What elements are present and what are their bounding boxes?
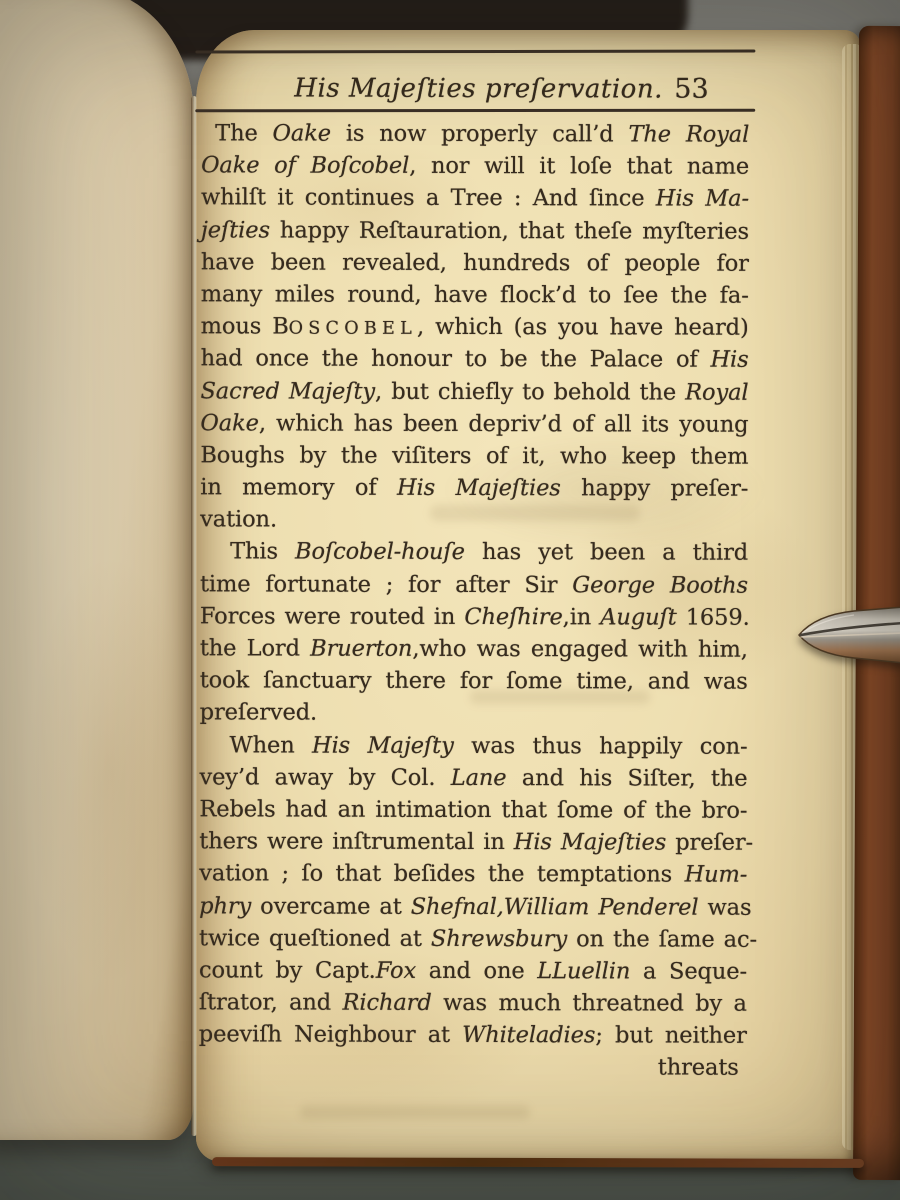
text-line: Rebels had an intimation that ſome of th… bbox=[199, 793, 747, 827]
text-line: mous BOSCOBEL, which (as you have heard) bbox=[201, 310, 749, 344]
text-line: Oake of Boſcobel, nor will it loſe that … bbox=[201, 149, 749, 183]
printed-text-block: His Majeſties preſervation. 53 The Oake … bbox=[199, 29, 750, 1140]
text-lines: The Oake is now properly call’d The Roya… bbox=[199, 117, 750, 1084]
text-line: took ſanctuary there for ſome time, and … bbox=[200, 664, 748, 698]
catchword: threats bbox=[199, 1051, 747, 1085]
header-rule-top bbox=[195, 50, 755, 54]
text-line: the Lord Bruerton,who was engaged with h… bbox=[200, 632, 748, 666]
text-line: vey’d away by Col. Lane and his Siſter, … bbox=[199, 761, 747, 795]
bottom-cover-edge bbox=[212, 1157, 864, 1168]
text-line: The Oake is now properly call’d The Roya… bbox=[201, 117, 749, 151]
gutter-page-edge bbox=[191, 96, 197, 1136]
text-line: have been revealed, hundreds of people f… bbox=[201, 246, 749, 280]
text-line: jeſties happy Reſtauration, that theſe m… bbox=[201, 214, 749, 248]
text-line: vation. bbox=[200, 504, 748, 538]
running-header: His Majeſties preſervation. bbox=[294, 74, 663, 105]
facing-page bbox=[0, 0, 194, 1140]
text-line: Sacred Majeſty, but chiefly to behold th… bbox=[200, 375, 748, 409]
text-line: in memory of His Majeſties happy preſer- bbox=[200, 471, 748, 505]
text-line: preſerved. bbox=[200, 697, 748, 731]
page-number: 53 bbox=[674, 75, 708, 105]
text-line: This Boſcobel-houſe has yet been a third bbox=[200, 536, 748, 570]
text-line: had once the honour to be the Palace of … bbox=[201, 343, 749, 377]
book-photograph: His Majeſties preſervation. 53 The Oake … bbox=[0, 0, 900, 1200]
text-line: twice queſtioned at Shrewsbury on the ſa… bbox=[199, 922, 747, 956]
text-line: Oake, which has been depriv’d of all its… bbox=[200, 407, 748, 441]
header-rule-bottom bbox=[195, 109, 755, 112]
text-line: time fortunate ; for after Sir George Bo… bbox=[200, 568, 748, 602]
text-line: whilſt it continues a Tree : And ſince H… bbox=[201, 182, 749, 216]
text-line: Boughs by the viſiters of it, who keep t… bbox=[200, 439, 748, 473]
text-line: phry overcame at Shefnal,William Pendere… bbox=[199, 890, 747, 924]
text-line: Forces were routed in Cheſhire,in Auguſt… bbox=[200, 600, 748, 634]
text-line: ſtrator, and Richard was much threatned … bbox=[199, 986, 747, 1020]
text-line: peeviſh Neighbour at Whiteladies; but ne… bbox=[199, 1019, 747, 1053]
metal-clasp bbox=[794, 602, 900, 668]
text-line: count by Capt.Fox and one LLuellin a Seq… bbox=[199, 954, 747, 988]
text-line: vation ; ſo that beſides the temptations… bbox=[199, 858, 747, 892]
text-line: thers were inſtrumental in His Majeſties… bbox=[199, 825, 747, 859]
text-line: many miles round, have flock’d to ſee th… bbox=[201, 278, 749, 312]
text-line: When His Majeſty was thus happily con- bbox=[200, 729, 748, 763]
